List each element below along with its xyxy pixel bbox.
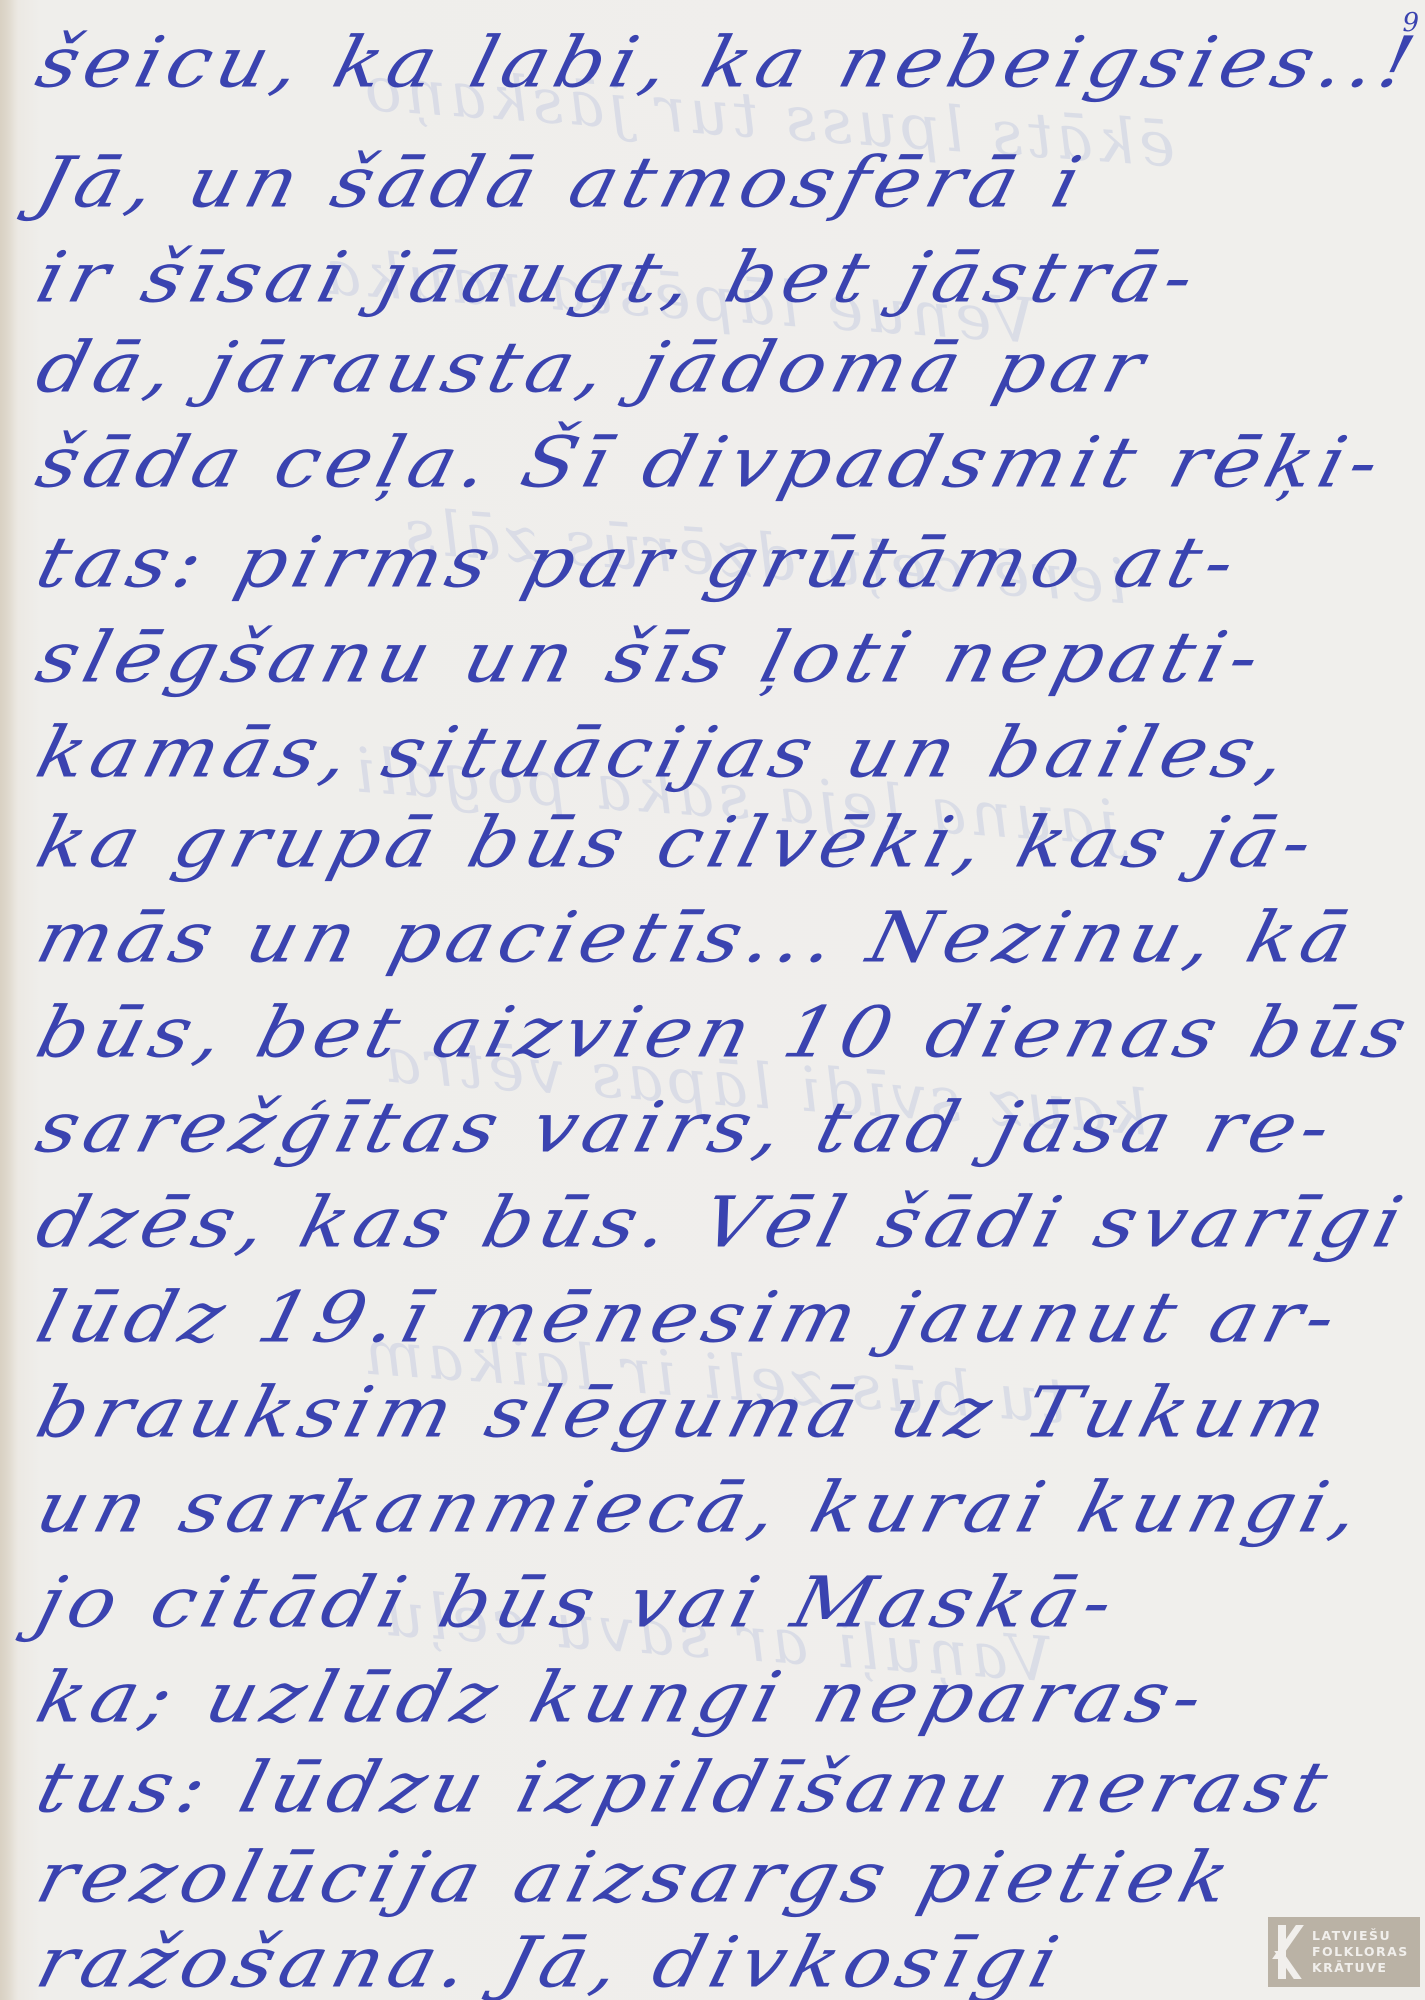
handwritten-line: slēgšanu un šīs ļoti nepati- xyxy=(30,623,1272,693)
handwritten-line: dā, jārausta, jādomā par xyxy=(30,333,1156,403)
handwritten-line: mās un pacietīs... Nezinu, kā xyxy=(30,903,1363,973)
watermark-text: LATVIEŠU FOLKLORAS KRĀTUVE xyxy=(1312,1928,1409,1976)
handwritten-line: brauksim slēgumā uz Tukum xyxy=(30,1378,1339,1448)
archive-watermark: LATVIEŠU FOLKLORAS KRĀTUVE xyxy=(1268,1917,1420,1987)
handwritten-line: tus: lūdzu izpildīšanu nerast xyxy=(30,1753,1340,1823)
k-logo-icon xyxy=(1268,1917,1312,1987)
handwritten-line: sarežģītas vairs, tad jāsa re- xyxy=(30,1093,1343,1163)
handwritten-line: un sarkanmiecā, kurai kungi, xyxy=(30,1473,1372,1543)
watermark-line: KRĀTUVE xyxy=(1312,1960,1409,1976)
watermark-line: FOLKLORAS xyxy=(1312,1944,1409,1960)
handwritten-line: lūdz 19.ī mēnesim jaunut ar- xyxy=(30,1283,1348,1353)
handwritten-line: jo citādi būs vai Maskā- xyxy=(30,1568,1125,1638)
handwritten-line: tas: pirms par grūtāmo at- xyxy=(30,528,1247,598)
handwritten-line: rezolūcija aizsargs pietiek xyxy=(30,1843,1242,1913)
handwritten-line: ražošana. Jā, divkosīgi xyxy=(30,1928,1071,1998)
handwritten-line: ka grupā būs cilvēki, kas jā- xyxy=(30,808,1325,878)
handwritten-line: šeicu, ka labi, ka nebeigsies..! xyxy=(30,28,1425,98)
handwritten-line: šāda ceļa. Šī divpadsmit rēķi- xyxy=(30,428,1392,498)
manuscript-page: ēkāts lpuss tur jāskaņo Venue lāpēsta ra… xyxy=(0,0,1425,2000)
handwritten-line: būs, bet aizvien 10 dienas būs xyxy=(30,998,1419,1068)
handwritten-line: ka; uzlūdz kungi neparas- xyxy=(30,1663,1215,1733)
watermark-line: LATVIEŠU xyxy=(1312,1928,1409,1944)
handwritten-line: ir šīsai jāaugt, bet jāstrā- xyxy=(30,243,1207,313)
handwritten-line: Jā, un šādā atmosfērā i xyxy=(30,148,1093,218)
handwritten-line: kamās, situācijas un bailes, xyxy=(30,718,1299,788)
handwritten-text-body: šeicu, ka labi, ka nebeigsies..! Jā, un … xyxy=(0,0,1425,2000)
handwritten-line: dzēs, kas būs. Vēl šādi svarīgi xyxy=(30,1188,1415,1258)
